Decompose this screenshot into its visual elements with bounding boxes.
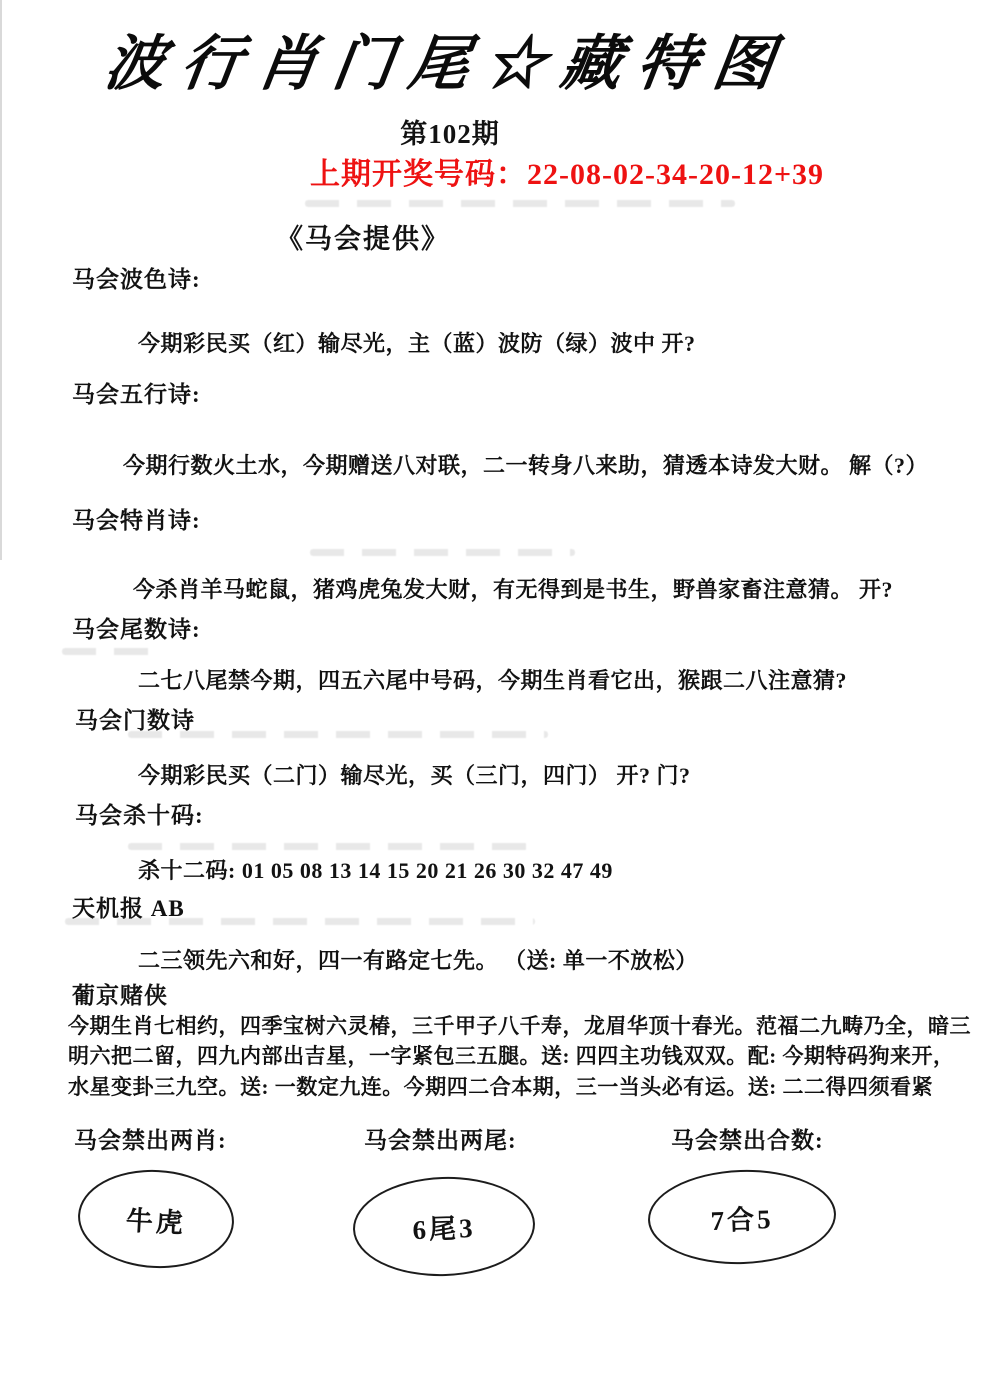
section-label-wuxing: 马会五行诗: xyxy=(72,376,201,409)
section-label-weishu: 马会尾数诗: xyxy=(72,611,201,644)
forbidden-zodiac-label: 马会禁出两肖: xyxy=(74,1122,227,1155)
forbidden-sum-value: 7合5 xyxy=(710,1196,774,1237)
section-label-pujing: 葡京赌侠 xyxy=(72,977,168,1010)
pujing-line-2: 明六把二留，四九内部出吉星，一字紧包三五腿。送: 四四主功钱双双。配: 今期特码… xyxy=(68,1040,954,1070)
lottery-tip-sheet: 波行肖门尾☆藏特图 第102期 上期开奖号码：22-08-02-34-20-12… xyxy=(0,0,981,1388)
pujing-line-1: 今期生肖七相约，四季宝树六灵椿，三千甲子八千寿，龙眉华顶十春光。范福二九畴乃全，… xyxy=(68,1010,971,1040)
provider-heading: 《马会提供》 xyxy=(276,217,450,256)
section-label-shama: 马会杀十码: xyxy=(75,797,204,830)
pujing-line-3: 水星变卦三九空。送: 一数定九连。今期四二合本期，三一当头必有运。送: 二二得四… xyxy=(68,1071,933,1101)
forbidden-zodiac-value: 牛虎 xyxy=(125,1198,187,1240)
section-label-texiao: 马会特肖诗: xyxy=(72,502,201,535)
forbidden-tail-oval: 6尾3 xyxy=(351,1174,536,1279)
scan-artifact xyxy=(65,918,535,925)
scan-artifact xyxy=(305,200,735,207)
section-label-bose: 马会波色诗: xyxy=(72,261,201,294)
section-poem-wuxing: 今期行数火土水，今期赠送八对联，二一转身八来助，猜透本诗发大财。 解（?） xyxy=(123,449,928,480)
section-poem-menshu: 今期彩民买（二门）输尽光，买（三门，四门） 开? 门? xyxy=(138,759,691,790)
scan-edge-artifact xyxy=(0,0,2,560)
page-title: 波行肖门尾☆藏特图 xyxy=(72,16,824,102)
scan-artifact xyxy=(128,843,528,850)
last-draw-numbers: 上期开奖号码：22-08-02-34-20-12+39 xyxy=(310,149,824,193)
forbidden-zodiac-oval: 牛虎 xyxy=(76,1166,237,1272)
section-poem-tianji: 二三领先六和好，四一有路定七先。 （送: 单一不放松） xyxy=(138,944,698,975)
scan-artifact xyxy=(128,731,548,738)
forbidden-sum-label: 马会禁出合数: xyxy=(671,1122,824,1155)
section-poem-texiao: 今杀肖羊马蛇鼠，猪鸡虎兔发大财，有无得到是书生，野兽家畜注意猜。 开? xyxy=(133,573,893,604)
scan-artifact xyxy=(310,549,575,556)
forbidden-sum-oval: 7合5 xyxy=(646,1167,837,1268)
section-poem-weishu: 二七八尾禁今期，四五六尾中号码，今期生肖看它出，猴跟二八注意猜? xyxy=(138,664,847,695)
section-poem-bose: 今期彩民买（红）输尽光，主（蓝）波防（绿）波中 开? xyxy=(138,327,696,358)
scan-artifact xyxy=(62,648,152,655)
forbidden-tail-value: 6尾3 xyxy=(412,1206,476,1247)
issue-number: 第102期 xyxy=(0,112,900,151)
section-content-kill-numbers: 杀十二码: 01 05 08 13 14 15 20 21 26 30 32 4… xyxy=(138,854,613,885)
forbidden-tail-label: 马会禁出两尾: xyxy=(364,1122,517,1155)
